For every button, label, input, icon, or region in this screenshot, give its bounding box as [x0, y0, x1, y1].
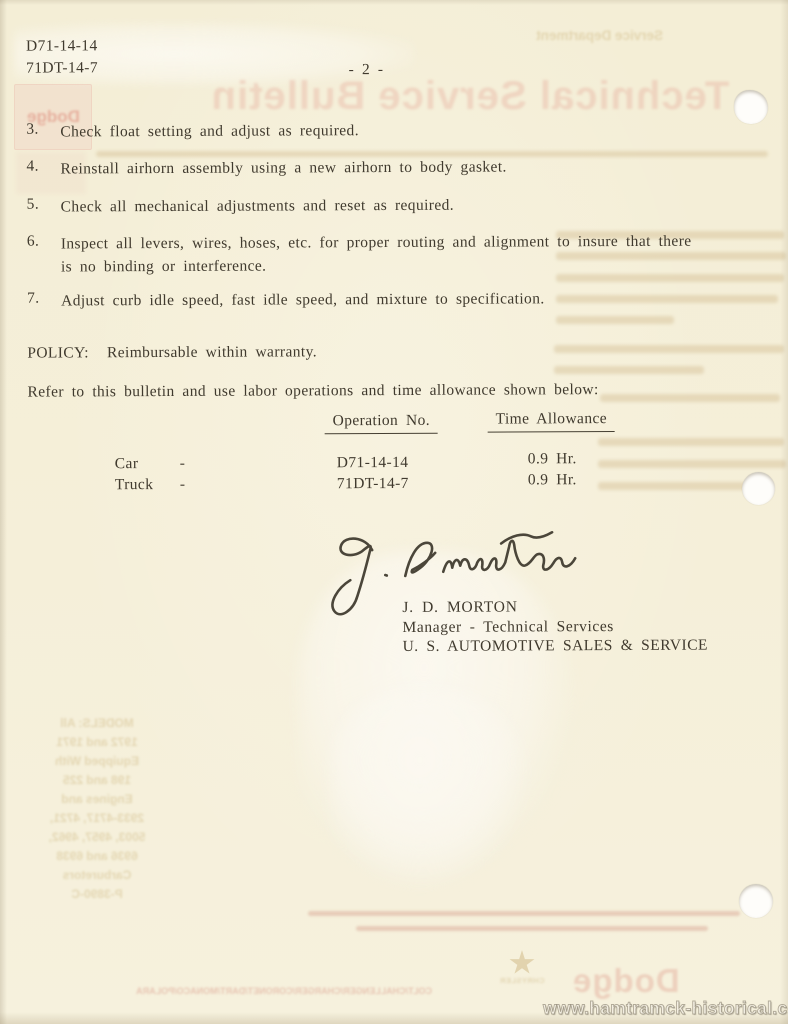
list-item-4: 4. Reinstall airhorn assembly using a ne… — [26, 155, 726, 158]
time-allowance: 0.9 Hr. — [528, 471, 577, 489]
list-item-number: 3. — [26, 121, 39, 139]
labor-row-car: Car - D71-14-14 0.9 Hr. — [0, 0, 786, 2]
operation-col-header: Operation No. — [325, 412, 438, 434]
punch-hole-bottom — [739, 884, 773, 918]
list-item-text: Adjust curb idle speed, fast idle speed,… — [61, 287, 721, 313]
signature-name: J. D. MORTON — [402, 598, 517, 617]
list-item-3: 3. Check float setting and adjust as req… — [26, 118, 726, 121]
vehicle-label: Car — [115, 455, 139, 473]
list-item-text: Check all mechanical adjustments and res… — [61, 193, 721, 219]
scanned-bulletin-page: Service Department Technical Service Bul… — [0, 0, 788, 1024]
bulletin-number-2: 71DT-14-7 — [26, 59, 98, 77]
policy-line: POLICY: Reimbursable within warranty. — [27, 343, 317, 362]
punch-hole-top — [734, 90, 768, 124]
list-item-text: Check float setting and adjust as requir… — [60, 118, 720, 144]
watermark: www.hamtramck-historical.com — [543, 998, 788, 1019]
row-dash: - — [180, 476, 186, 494]
list-item-text: Inspect all levers, wires, hoses, etc. f… — [61, 230, 693, 279]
page-number: - 2 - — [334, 61, 398, 79]
punch-hole-middle — [742, 472, 775, 505]
signature-title: Manager - Technical Services — [402, 618, 613, 637]
list-item-number: 6. — [27, 233, 40, 251]
list-item-6: 6. Inspect all levers, wires, hoses, etc… — [27, 230, 727, 233]
list-item-number: 5. — [27, 196, 40, 214]
policy-label: POLICY: — [27, 344, 89, 361]
operation-no: 71DT-14-7 — [337, 475, 409, 493]
labor-row-truck: Truck - 71DT-14-7 0.9 Hr. — [0, 0, 786, 2]
list-item-number: 4. — [26, 158, 39, 176]
policy-text: Reimbursable within warranty. — [107, 343, 317, 361]
row-dash: - — [180, 455, 186, 473]
time-col-header: Time Allowance — [488, 410, 616, 433]
vehicle-label: Truck — [115, 476, 154, 494]
operation-no: D71-14-14 — [337, 454, 409, 472]
document-text-layer: D71-14-14 71DT-14-7 - 2 - 3. Check float… — [0, 0, 788, 1024]
list-item-5: 5. Check all mechanical adjustments and … — [27, 193, 727, 196]
time-allowance: 0.9 Hr. — [528, 450, 577, 468]
bulletin-number-1: D71-14-14 — [26, 37, 98, 55]
signature-org: U. S. AUTOMOTIVE SALES & SERVICE — [403, 637, 708, 656]
list-item-number: 7. — [27, 290, 40, 308]
list-item-text: Reinstall airhorn assembly using a new a… — [60, 155, 720, 181]
refer-text: Refer to this bulletin and use labor ope… — [27, 380, 747, 401]
list-item-7: 7. Adjust curb idle speed, fast idle spe… — [27, 287, 727, 290]
